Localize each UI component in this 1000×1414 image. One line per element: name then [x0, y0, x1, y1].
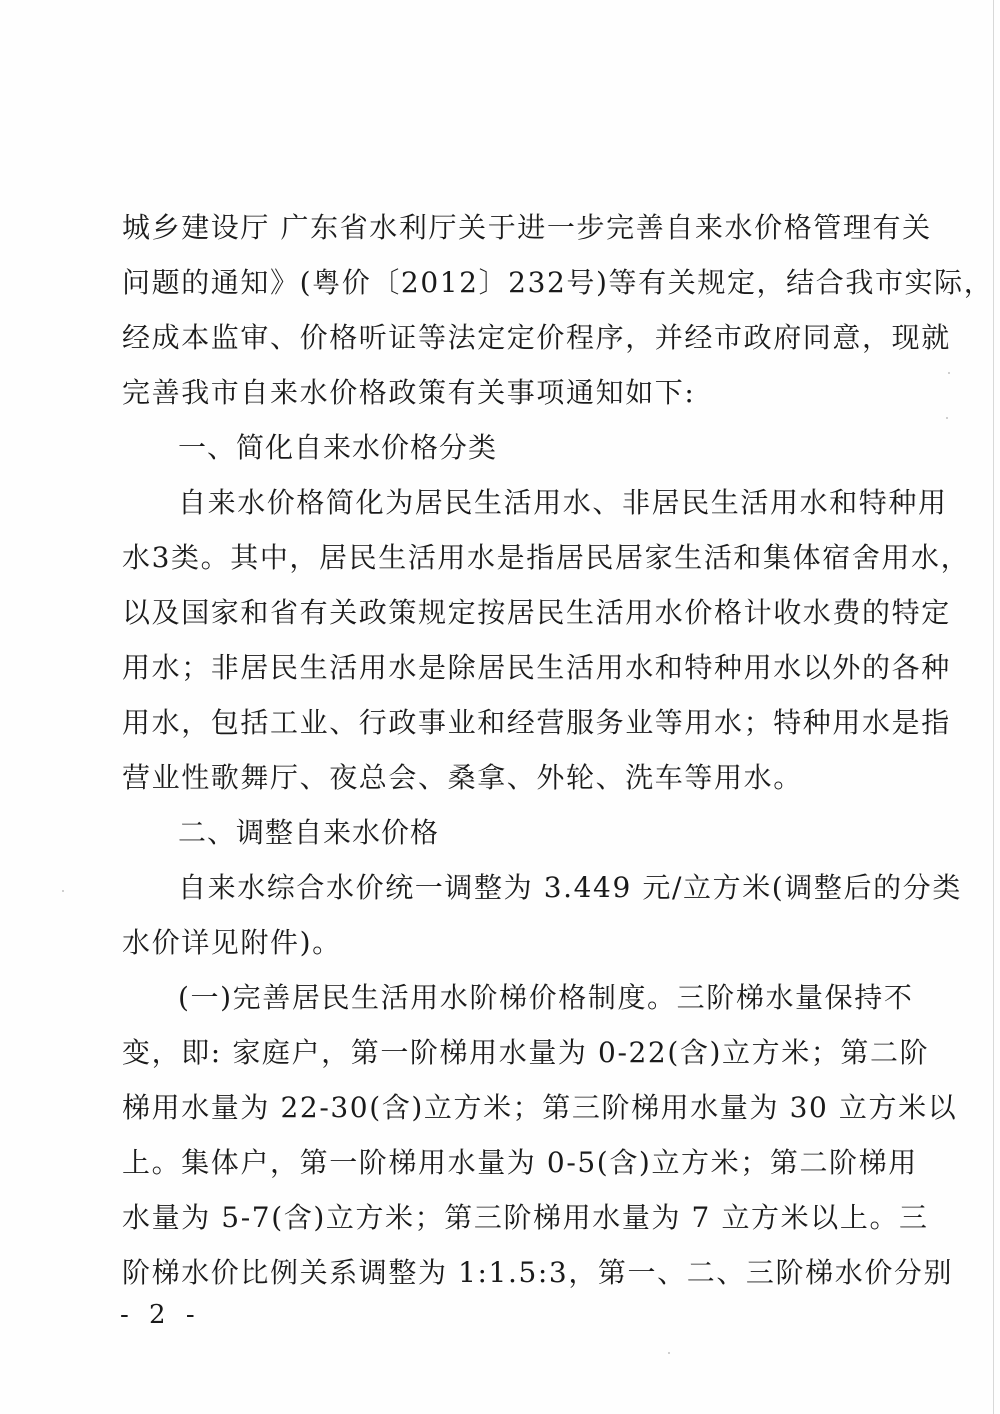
- paragraph-line: 水价详见附件)。: [122, 915, 847, 970]
- paragraph-line: 上。集体户，第一阶梯用水量为 0-5(含)立方米；第二阶梯用: [122, 1135, 847, 1190]
- scan-speck: [948, 372, 950, 374]
- subsection-line: (一)完善居民生活用水阶梯价格制度。三阶梯水量保持不: [122, 970, 847, 1025]
- paragraph-line: 问题的通知》(粤价〔2012〕232号)等有关规定，结合我市实际，: [122, 255, 847, 310]
- scan-speck: [668, 1352, 670, 1354]
- paragraph-line: 梯用水量为 22-30(含)立方米；第三阶梯用水量为 30 立方米以: [122, 1080, 847, 1135]
- paragraph-line: 自来水价格简化为居民生活用水、非居民生活用水和特种用: [122, 475, 847, 530]
- paragraph-line: 变，即: 家庭户，第一阶梯用水量为 0-22(含)立方米；第二阶: [122, 1025, 847, 1080]
- paragraph-line: 完善我市自来水价格政策有关事项通知如下:: [122, 365, 847, 420]
- document-page: 城乡建设厅 广东省水利厅关于进一步完善自来水价格管理有关 问题的通知》(粤价〔2…: [0, 0, 1000, 1414]
- paragraph-line: 城乡建设厅 广东省水利厅关于进一步完善自来水价格管理有关: [122, 200, 847, 255]
- section-heading-2: 二、调整自来水价格: [122, 805, 847, 860]
- page-number: - 2 -: [120, 1300, 201, 1330]
- section-heading-1: 一、简化自来水价格分类: [122, 420, 847, 475]
- paragraph-line: 用水，包括工业、行政事业和经营服务业等用水；特种用水是指: [122, 695, 847, 750]
- paragraph-line: 水3类。其中，居民生活用水是指居民居家生活和集体宿舍用水，: [122, 530, 847, 585]
- scan-speck: [946, 417, 948, 419]
- paragraph-line: 水量为 5-7(含)立方米；第三阶梯用水量为 7 立方米以上。三: [122, 1190, 847, 1245]
- paragraph-line: 用水；非居民生活用水是除居民生活用水和特种用水以外的各种: [122, 640, 847, 695]
- paragraph-line: 自来水综合水价统一调整为 3.449 元/立方米(调整后的分类: [122, 860, 847, 915]
- paragraph-line: 营业性歌舞厅、夜总会、桑拿、外轮、洗车等用水。: [122, 750, 847, 805]
- paragraph-line: 阶梯水价比例关系调整为 1:1.5:3，第一、二、三阶梯水价分别: [122, 1245, 847, 1300]
- scan-speck: [62, 890, 64, 892]
- document-body: 城乡建设厅 广东省水利厅关于进一步完善自来水价格管理有关 问题的通知》(粤价〔2…: [122, 200, 847, 1300]
- paragraph-line: 经成本监审、价格听证等法定定价程序，并经市政府同意，现就: [122, 310, 847, 365]
- paragraph-line: 以及国家和省有关政策规定按居民生活用水价格计收水费的特定: [122, 585, 847, 640]
- scan-edge-line: [993, 0, 994, 1414]
